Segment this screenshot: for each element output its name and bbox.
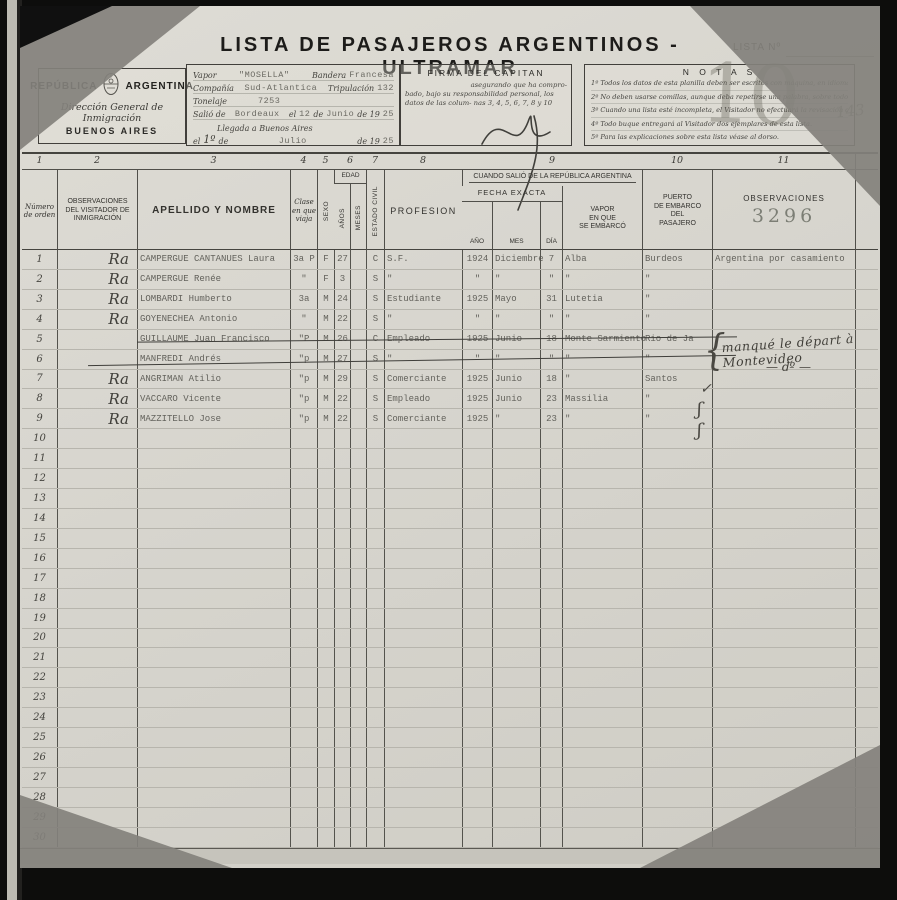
cell-v — [57, 688, 137, 707]
cell-pt: " — [642, 270, 712, 289]
table-row: 12 — [22, 469, 878, 489]
cell-n: 19 — [22, 609, 57, 628]
cell-ob — [712, 469, 855, 488]
table-row: 3RaLOMBARDI Humberto3aM24SEstudiante1925… — [22, 290, 878, 310]
cell-v: Ra — [57, 270, 137, 289]
header-apellido-nombre: APELLIDO Y NOMBRE — [152, 207, 276, 216]
cell-an — [334, 748, 350, 767]
cell-sx — [317, 509, 334, 528]
cell-an: 24 — [334, 290, 350, 309]
cell-n: 2 — [22, 270, 57, 289]
cell-me — [350, 310, 366, 329]
cell-ec — [366, 589, 384, 608]
cell-me — [350, 409, 366, 428]
cell-sx: F — [317, 270, 334, 289]
cell-cl — [290, 688, 317, 707]
cell-mo — [492, 828, 540, 847]
cell-sx — [317, 429, 334, 448]
cell-yr: 1925 — [462, 389, 492, 408]
cell-yr: " — [462, 270, 492, 289]
header-mes: MES — [509, 238, 523, 247]
annotation-check-row7: ✓ — [700, 381, 712, 397]
column-number-row: 1 2 3 4 5 6 7 8 9 10 11 — [22, 154, 878, 170]
cell-yr — [462, 748, 492, 767]
cell-me — [350, 728, 366, 747]
cell-mo — [492, 529, 540, 548]
binding-strip — [7, 0, 17, 900]
cell-ob — [712, 648, 855, 667]
cell-name — [137, 768, 290, 787]
cell-n: 8 — [22, 389, 57, 408]
cell-name — [137, 808, 290, 827]
table-row: 7RaANGRIMAN Atilio"pM29SComerciante1925J… — [22, 370, 878, 390]
cell-n: 23 — [22, 688, 57, 707]
cell-mg — [855, 569, 878, 588]
cell-cl: "p — [290, 370, 317, 389]
table-row: 14 — [22, 509, 878, 529]
cell-mo: Mayo — [492, 290, 540, 309]
header-meses: MESES — [355, 205, 362, 230]
cell-pt: " — [642, 310, 712, 329]
table-row: 23 — [22, 688, 878, 708]
cell-mo — [492, 609, 540, 628]
cell-sx — [317, 728, 334, 747]
cell-vp — [562, 429, 642, 448]
cell-yr: 1925 — [462, 370, 492, 389]
cell-vp — [562, 629, 642, 648]
cell-ec: S — [366, 350, 384, 369]
cell-ob — [712, 529, 855, 548]
cell-v: Ra — [57, 290, 137, 309]
header-anos: AÑOS — [339, 208, 346, 228]
cell-name: MANFREDI Andrés — [137, 350, 290, 369]
cell-v — [57, 489, 137, 508]
header-puerto-embarco: PUERTO — [663, 194, 692, 203]
cell-v — [57, 509, 137, 528]
cell-ec: S — [366, 389, 384, 408]
cell-ob — [712, 310, 855, 329]
header-fecha-exacta: FECHA EXACTA — [478, 189, 547, 198]
vapor-value: "MOSELLA" — [220, 70, 309, 80]
captain-note-1: asegurando que ha compro- — [405, 81, 567, 90]
cell-name — [137, 569, 290, 588]
cell-sx: M — [317, 290, 334, 309]
cell-mg — [855, 469, 878, 488]
salio-dia: 12 — [299, 109, 310, 119]
cell-me — [350, 429, 366, 448]
cell-sx — [317, 828, 334, 847]
cell-v: Ra — [57, 409, 137, 428]
cell-vp — [562, 788, 642, 807]
cell-mo: Diciembre — [492, 250, 540, 269]
cell-vp: " — [562, 370, 642, 389]
cell-me — [350, 708, 366, 727]
cell-an — [334, 708, 350, 727]
cell-sx — [317, 648, 334, 667]
cell-me — [350, 449, 366, 468]
col-num: 4 — [290, 155, 317, 166]
cell-mo — [492, 648, 540, 667]
cell-cl — [290, 748, 317, 767]
cell-mg — [855, 509, 878, 528]
cell-name: GUILLAUME Juan Francisco — [137, 330, 290, 349]
cell-dy — [540, 708, 562, 727]
cell-n: 4 — [22, 310, 57, 329]
cell-cl: " — [290, 310, 317, 329]
cell-an — [334, 828, 350, 847]
cell-yr — [462, 728, 492, 747]
cell-ob — [712, 270, 855, 289]
cell-name — [137, 708, 290, 727]
cell-pr — [384, 589, 462, 608]
cell-ec — [366, 429, 384, 448]
cell-mg — [855, 449, 878, 468]
col-num: 8 — [384, 155, 462, 166]
cell-me — [350, 529, 366, 548]
cell-name — [137, 728, 290, 747]
table-row: 21 — [22, 648, 878, 668]
header-sexo: SEXO — [323, 201, 330, 221]
tonelaje-label: Tonelaje — [193, 97, 227, 106]
cell-n: 24 — [22, 708, 57, 727]
cell-v — [57, 748, 137, 767]
cell-pr — [384, 728, 462, 747]
cell-dy: " — [540, 270, 562, 289]
cell-name: VACCARO Vicente — [137, 389, 290, 408]
cell-n: 6 — [22, 350, 57, 369]
cell-vp — [562, 648, 642, 667]
cell-mg — [855, 270, 878, 289]
cell-pr: Empleado — [384, 389, 462, 408]
cell-ec: S — [366, 409, 384, 428]
cell-mg — [855, 290, 878, 309]
table-row: 24 — [22, 708, 878, 728]
cell-pr — [384, 688, 462, 707]
header-edad: EDAD — [341, 172, 359, 181]
col-num: 7 — [366, 155, 384, 166]
table-row: 17 — [22, 569, 878, 589]
table-row: 2RaCAMPERGUE Renée"F3S"""""" — [22, 270, 878, 290]
cell-me — [350, 589, 366, 608]
llegada-label: Llegada a Buenos Aires — [217, 124, 313, 133]
cell-v — [57, 609, 137, 628]
cell-name — [137, 688, 290, 707]
cell-an — [334, 728, 350, 747]
cell-cl — [290, 529, 317, 548]
col-num: 5 — [317, 155, 334, 166]
cell-n: 14 — [22, 509, 57, 528]
cell-mo — [492, 708, 540, 727]
cell-yr — [462, 509, 492, 528]
cell-sx: M — [317, 350, 334, 369]
cell-name — [137, 788, 290, 807]
cell-cl — [290, 668, 317, 687]
cell-n: 16 — [22, 549, 57, 568]
cell-vp — [562, 808, 642, 827]
cell-cl — [290, 549, 317, 568]
cell-pr — [384, 648, 462, 667]
cell-cl — [290, 609, 317, 628]
cell-pt — [642, 529, 712, 548]
col-num: 9 — [462, 155, 642, 166]
cell-vp — [562, 449, 642, 468]
cell-mo — [492, 489, 540, 508]
cell-n: 17 — [22, 569, 57, 588]
cell-yr: 1924 — [462, 250, 492, 269]
cell-pt: " — [642, 350, 712, 369]
cell-vp — [562, 688, 642, 707]
cell-mo — [492, 509, 540, 528]
cell-cl — [290, 589, 317, 608]
cell-an — [334, 449, 350, 468]
cell-an — [334, 609, 350, 628]
cell-dy — [540, 768, 562, 787]
cell-mg — [855, 668, 878, 687]
cell-dy: 18 — [540, 330, 562, 349]
cell-cl: "p — [290, 350, 317, 369]
col-num: 3 — [137, 155, 290, 166]
cell-yr — [462, 429, 492, 448]
cell-mo: Junio — [492, 370, 540, 389]
org-name-right: ARGENTINA — [125, 81, 193, 92]
cell-dy: 18 — [540, 370, 562, 389]
header-observaciones-visitador: DEL VISITADOR DE — [65, 207, 129, 216]
cell-pr — [384, 529, 462, 548]
cell-an — [334, 648, 350, 667]
cell-ec — [366, 529, 384, 548]
header-estado-civil: ESTADO CIVIL — [372, 186, 379, 236]
cell-pr — [384, 768, 462, 787]
cell-sx — [317, 668, 334, 687]
cell-n: 7 — [22, 370, 57, 389]
cell-dy — [540, 429, 562, 448]
cell-name — [137, 469, 290, 488]
cell-ec — [366, 469, 384, 488]
cell-n: 13 — [22, 489, 57, 508]
table-row: 11 — [22, 449, 878, 469]
cell-vp: Lutetia — [562, 290, 642, 309]
cell-vp — [562, 728, 642, 747]
cell-cl — [290, 648, 317, 667]
cell-n: 1 — [22, 250, 57, 269]
compania-label: Compañía — [193, 84, 234, 93]
table-row: 26 — [22, 748, 878, 768]
cell-v — [57, 648, 137, 667]
col-num: 2 — [57, 155, 137, 166]
cell-yr — [462, 549, 492, 568]
cell-mg — [855, 629, 878, 648]
cell-v — [57, 768, 137, 787]
lleg-anio: 25 — [383, 136, 394, 146]
cell-dy — [540, 808, 562, 827]
cell-pr — [384, 469, 462, 488]
cell-mo — [492, 549, 540, 568]
cell-an — [334, 808, 350, 827]
cell-dy: 31 — [540, 290, 562, 309]
cell-cl: 3a P — [290, 250, 317, 269]
cell-yr: 1925 — [462, 409, 492, 428]
cell-mo: Junio — [492, 389, 540, 408]
cell-pr — [384, 609, 462, 628]
cell-me — [350, 270, 366, 289]
header-puerto-embarco: DEL — [671, 211, 685, 220]
cell-n: 3 — [22, 290, 57, 309]
cell-name: GOYENECHEA Antonio — [137, 310, 290, 329]
header-clase: viaja — [296, 215, 313, 224]
table-header: 1 2 3 4 5 6 7 8 9 10 11 Número de orden … — [22, 152, 878, 250]
cell-vp — [562, 768, 642, 787]
salio-value: Bordeaux — [229, 109, 286, 119]
cell-n: 9 — [22, 409, 57, 428]
cell-v — [57, 728, 137, 747]
cell-dy — [540, 549, 562, 568]
cell-yr — [462, 808, 492, 827]
cell-sx — [317, 788, 334, 807]
cell-pt — [642, 589, 712, 608]
cell-v — [57, 429, 137, 448]
table-row: 27 — [22, 768, 878, 788]
cell-v: Ra — [57, 250, 137, 269]
cell-n: 18 — [22, 589, 57, 608]
cell-ec — [366, 708, 384, 727]
cell-ob — [712, 629, 855, 648]
cell-pr — [384, 788, 462, 807]
cell-ec — [366, 648, 384, 667]
cell-vp: Massilia — [562, 389, 642, 408]
cell-ec — [366, 808, 384, 827]
de-label: de — [313, 110, 323, 119]
cell-n: 5 — [22, 330, 57, 349]
cell-cl: " — [290, 270, 317, 289]
cell-ec — [366, 728, 384, 747]
cell-cl — [290, 728, 317, 747]
cell-mg — [855, 589, 878, 608]
cell-mo — [492, 728, 540, 747]
cell-cl — [290, 788, 317, 807]
cell-yr — [462, 589, 492, 608]
cell-sx — [317, 469, 334, 488]
cell-vp: Monte Sarmiento — [562, 330, 642, 349]
table-row: 18 — [22, 589, 878, 609]
cell-cl — [290, 808, 317, 827]
cell-sx — [317, 489, 334, 508]
cell-dy: " — [540, 310, 562, 329]
cell-mg — [855, 370, 878, 389]
scanned-passenger-list: LISTA DE PASAJEROS ARGENTINOS - ULTRAMAR… — [0, 0, 897, 900]
cell-sx — [317, 688, 334, 707]
cell-name — [137, 549, 290, 568]
cell-an — [334, 768, 350, 787]
cell-ob: Argentina por casamiento — [712, 250, 855, 269]
cell-me — [350, 290, 366, 309]
cell-an — [334, 529, 350, 548]
cell-dy — [540, 828, 562, 847]
cell-dy — [540, 469, 562, 488]
cell-ec — [366, 629, 384, 648]
captain-note-3: nas 3, 4, 5, 6, 7, 8 y 10 — [474, 99, 552, 107]
cell-vp — [562, 609, 642, 628]
header-cuando-salio: CUANDO SALIÓ DE LA REPÚBLICA ARGENTINA — [469, 173, 635, 184]
cell-mg — [855, 529, 878, 548]
cell-me — [350, 668, 366, 687]
cell-v — [57, 449, 137, 468]
cell-mg — [855, 310, 878, 329]
cell-pr — [384, 429, 462, 448]
cell-yr — [462, 788, 492, 807]
cell-name — [137, 449, 290, 468]
cell-ob — [712, 728, 855, 747]
cell-mo — [492, 768, 540, 787]
cell-v — [57, 469, 137, 488]
cell-pr — [384, 828, 462, 847]
cell-vp: " — [562, 270, 642, 289]
cell-ob — [712, 708, 855, 727]
cell-ec: S — [366, 370, 384, 389]
cell-dy: " — [540, 350, 562, 369]
cell-pt — [642, 569, 712, 588]
cell-sx — [317, 808, 334, 827]
cell-mo — [492, 688, 540, 707]
cell-pr — [384, 549, 462, 568]
cell-pr — [384, 629, 462, 648]
cell-dy — [540, 788, 562, 807]
bandera-label: Bandera — [312, 71, 346, 80]
cell-ec: S — [366, 270, 384, 289]
cell-pt — [642, 648, 712, 667]
header-profesion: PROFESION — [390, 207, 457, 216]
cell-dy — [540, 449, 562, 468]
cell-me — [350, 788, 366, 807]
cell-an — [334, 429, 350, 448]
annotation-mark-row9: ʃ — [697, 420, 702, 441]
bandera-value: Francesa — [349, 70, 394, 80]
cell-v: Ra — [57, 370, 137, 389]
table-row: 1RaCAMPERGUE CANTANUES Laura3a PF27CS.F.… — [22, 250, 878, 270]
captain-box-title: FIRMA DEL CAPITAN — [405, 68, 567, 78]
table-row: 13 — [22, 489, 878, 509]
cell-vp: " — [562, 409, 642, 428]
cell-sx — [317, 529, 334, 548]
cell-pt: Burdeos — [642, 250, 712, 269]
cell-ob — [712, 489, 855, 508]
cell-vp — [562, 569, 642, 588]
cell-yr — [462, 469, 492, 488]
cell-vp — [562, 828, 642, 847]
cell-vp: " — [562, 310, 642, 329]
cell-yr — [462, 629, 492, 648]
cell-dy — [540, 509, 562, 528]
cell-vp — [562, 549, 642, 568]
cell-sx — [317, 748, 334, 767]
cell-pr — [384, 748, 462, 767]
cell-ec — [366, 509, 384, 528]
cell-an: 27 — [334, 350, 350, 369]
cell-ec — [366, 748, 384, 767]
table-row: 10 — [22, 429, 878, 449]
cell-ob — [712, 509, 855, 528]
cell-pt — [642, 629, 712, 648]
cell-sx — [317, 609, 334, 628]
cell-name — [137, 429, 290, 448]
cell-name: CAMPERGUE CANTANUES Laura — [137, 250, 290, 269]
cell-ob — [712, 429, 855, 448]
cell-ec — [366, 828, 384, 847]
cell-an: 22 — [334, 409, 350, 428]
tripulacion-value: 132 — [377, 83, 394, 93]
cell-pt — [642, 609, 712, 628]
salio-mes: Junio — [326, 109, 354, 119]
cell-v — [57, 788, 137, 807]
